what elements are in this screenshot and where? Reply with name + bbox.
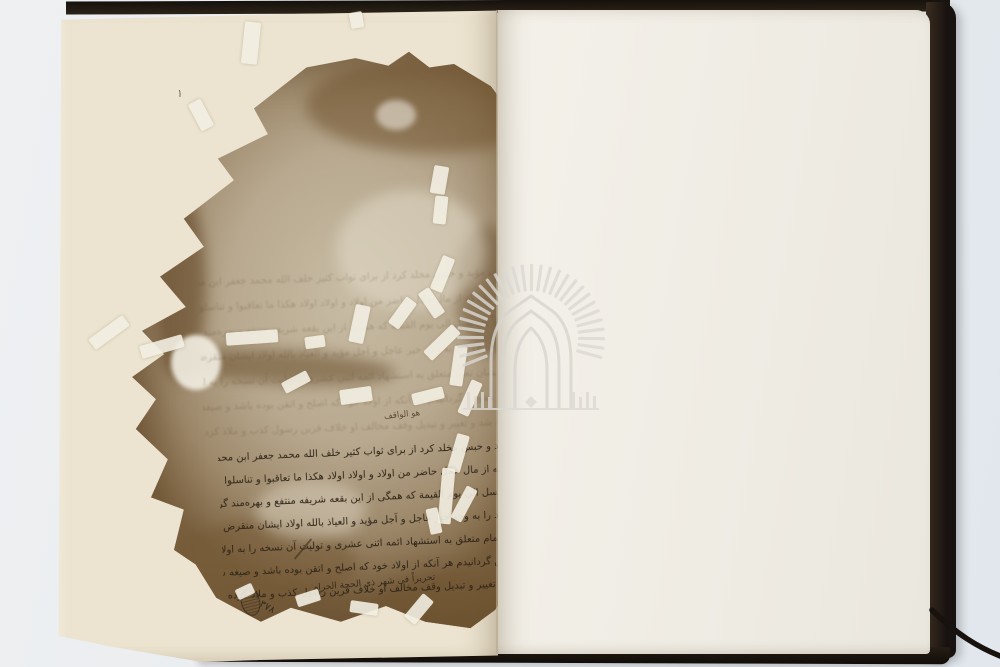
- folio-mark: ۱: [176, 87, 183, 101]
- repair-tape-strip: [349, 11, 365, 29]
- paper-highlight: [376, 100, 416, 130]
- gutter: [496, 10, 498, 654]
- right-page: [498, 10, 930, 654]
- manuscript-fragment: وقف مؤبد و حبس مخلد کرد از برای ثواب کثی…: [126, 50, 536, 634]
- book-cover-right-edge: [926, 2, 956, 658]
- photo-scene: وقف مؤبد و حبس مخلد کرد از برای ثواب کثی…: [0, 0, 1000, 667]
- book-tie-cord: [918, 598, 1000, 667]
